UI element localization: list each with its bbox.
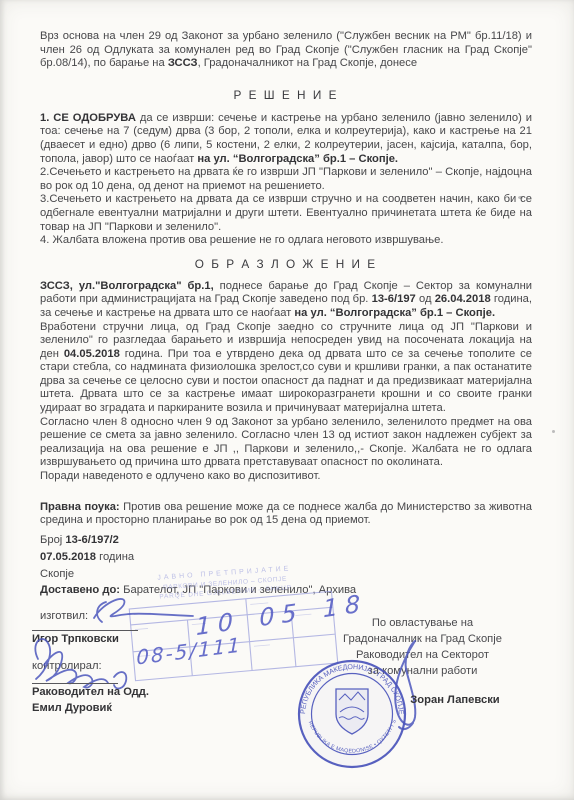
number-label: Број [40,534,65,546]
case-number: 13-6/197 [372,293,416,305]
document-date-line: 07.05.2018 година [40,549,532,566]
rationale-paragraph-a: ЗССЗ, ул."Волгоградска" бр.1, поднесе ба… [40,280,532,321]
signature-zone: ЈАВНО ПРЕТПРИЈАТИЕ ПАРКОВИ И ЗЕЛЕНИЛО – … [40,605,532,800]
legal-remedy-note: Правна поука: Против ова решение може да… [40,501,532,528]
prepared-by-signature [88,591,198,631]
intro-paragraph: Врз основа на член 29 од Законот за урба… [40,30,532,71]
street-address: на ул. “Волгоградска” бр.1 – Скопје. [294,307,495,319]
authority-line: По овластување на [330,615,515,631]
prepared-by-label: изготвил: [40,610,88,622]
point-3: 3.Сечењето и кастрењето на дрвата да се … [40,193,532,234]
rationale-heading: О Б Р А З Л О Ж Е Н И Е [40,257,532,271]
inspection-date: 04.05.2018 [64,348,120,360]
requester-abbrev: ЗССЗ [168,57,198,69]
seg: , Градоначалникот на Град Скопје, донесе [198,57,418,69]
street-address: на ул. “Волгоградска” бр.1 – Скопје. [197,153,398,165]
document-number: 13-6/197/2 [65,534,119,546]
resolution-heading: Р Е Ш Е Н И Е [40,88,532,102]
dept-head-name: Емил Дуровиќ [32,702,112,714]
point-1: 1. СЕ ОДОБРУВА да се изврши: сечење и ка… [40,112,532,166]
requester-address: ЗССЗ, ул."Волгоградска" бр.1, [40,280,214,292]
signature-line [32,683,118,684]
scanned-decision-document: Врз основа на член 29 од Законот за урба… [0,0,574,800]
rationale-paragraph-c: Согласно член 8 односно член 9 од Законо… [40,416,532,470]
legal-note-label: Правна поука: [40,501,120,513]
request-date: 26.04.2018 [435,293,491,305]
seg: година [96,551,134,563]
document-number-line: Број 13-6/197/2 [40,532,532,549]
seg: од [416,293,435,305]
dept-head-title: Раководител на Одд. [32,686,149,698]
rationale-paragraph-d: Поради наведеното е одлучено како во дис… [40,470,532,484]
document-body: Врз основа на член 29 од Законот за урба… [40,30,532,800]
point-4: 4. Жалбата вложена против ова решение не… [40,234,532,248]
rationale-paragraph-b: Вработени стручни лица, од Град Скопје з… [40,321,532,416]
round-official-seal: РЕПУБЛИКА МАКЕДОНИЈА • ГРАД СКОПЈЕ REPUB… [292,654,412,774]
document-date: 07.05.2018 [40,551,96,563]
scan-artifact [552,430,555,433]
approval-label: 1. СЕ ОДОБРУВА [40,112,140,124]
point-2: 2.Сечењето и кастрењето на дрвата ќе го … [40,166,532,193]
